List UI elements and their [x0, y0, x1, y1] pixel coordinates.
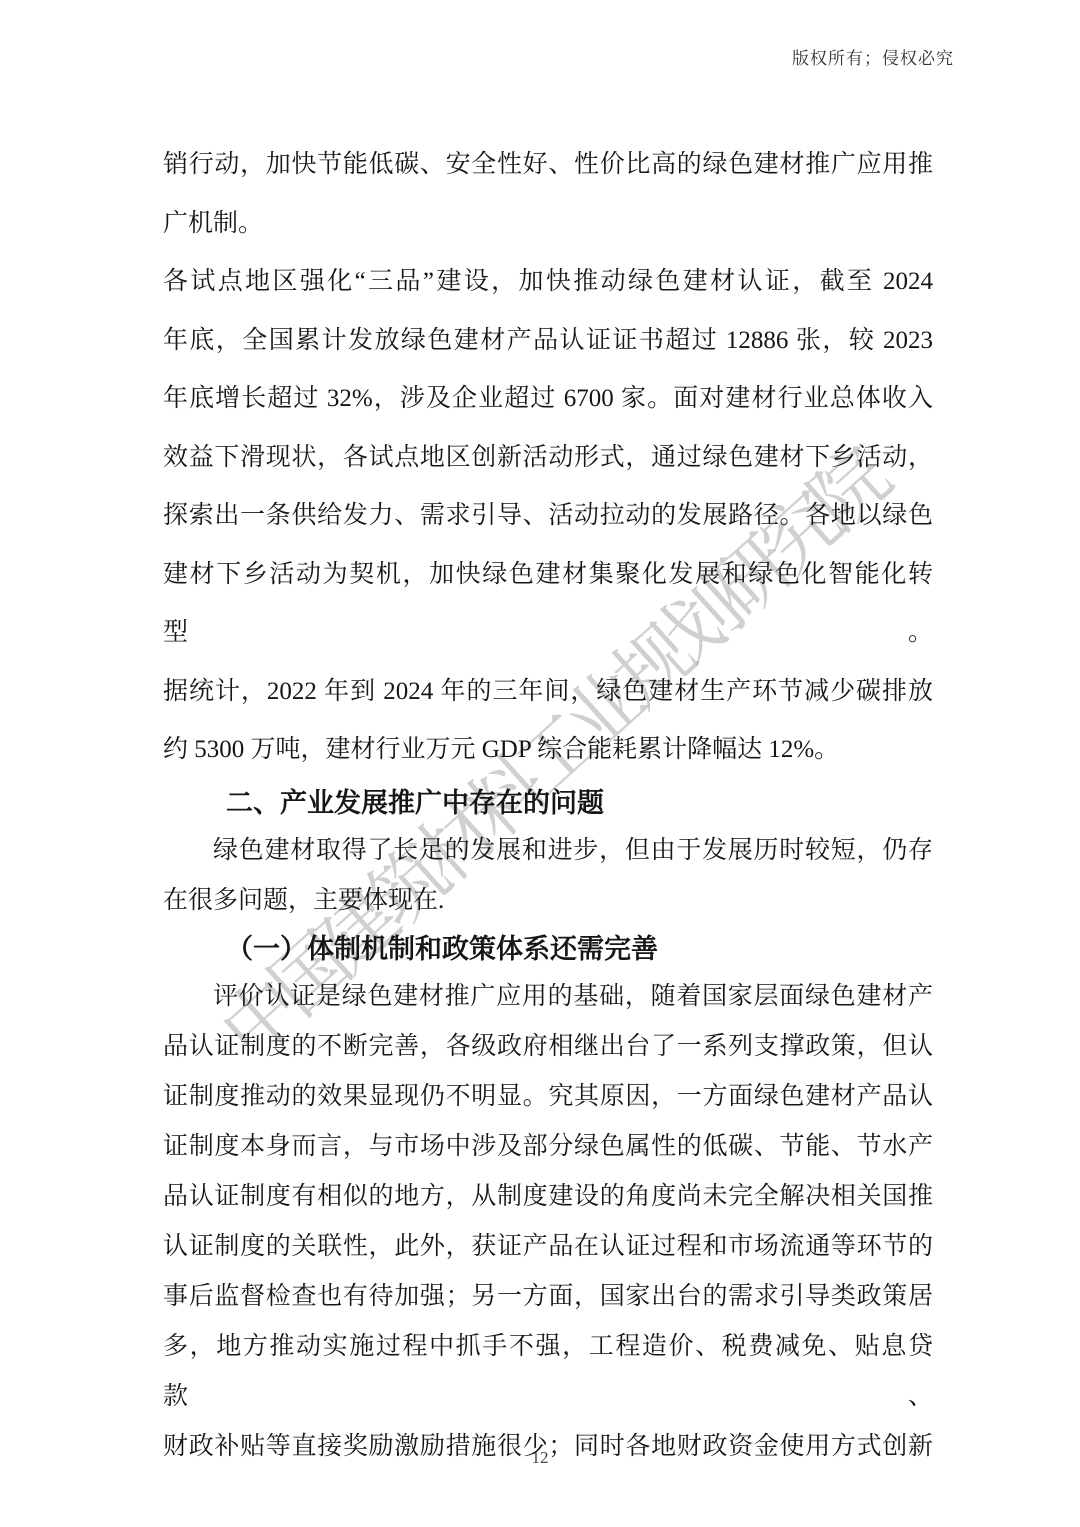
para-continued: 销行动，加快节能低碳、安全性好、性价比高的绿色建材推广应用推广机制。	[163, 136, 933, 253]
text-line: 品认证制度的不断完善，各级政府相继出台了一系列支撑政策，但认	[163, 1022, 933, 1072]
text-line: 销行动，加快节能低碳、安全性好、性价比高的绿色建材推广应用推	[163, 136, 933, 195]
text-line: 认证制度的关联性，此外，获证产品在认证过程和市场流通等环节的	[163, 1222, 933, 1272]
para-problems-intro: 绿色建材取得了长足的发展和进步，但由于发展历时较短，仍存在很多问题，主要体现在.	[163, 826, 933, 926]
heading-text: （一）体制机制和政策体系还需完善	[163, 926, 933, 972]
text-line: 评价认证是绿色建材推广应用的基础，随着国家层面绿色建材产	[163, 972, 933, 1022]
text-line: 多，地方推动实施过程中抓手不强，工程造价、税费减免、贴息贷款、	[163, 1322, 933, 1422]
text-line: 据统计，2022 年到 2024 年的三年间，绿色建材生产环节减少碳排放	[163, 663, 933, 722]
heading-section-2: 二、产业发展推广中存在的问题	[163, 780, 933, 826]
page-number: 12	[0, 1448, 1080, 1468]
para-policy-system-issues: 评价认证是绿色建材推广应用的基础，随着国家层面绿色建材产品认证制度的不断完善，各…	[163, 972, 933, 1472]
text-line: 广机制。	[163, 195, 933, 254]
text-line: 事后监督检查也有待加强；另一方面，国家出台的需求引导类政策居	[163, 1272, 933, 1322]
text-line: 证制度本身而言，与市场中涉及部分绿色属性的低碳、节能、节水产	[163, 1122, 933, 1172]
document-page: 版权所有；侵权必究 中国建筑材料工业规划研究院 销行动，加快节能低碳、安全性好、…	[0, 0, 1080, 1527]
heading-subsection-1: （一）体制机制和政策体系还需完善	[163, 926, 933, 972]
text-line: 年底，全国累计发放绿色建材产品认证证书超过 12886 张，较 2023	[163, 312, 933, 371]
para-certification-progress: 各试点地区强化“三品”建设，加快推动绿色建材认证，截至 2024年底，全国累计发…	[163, 253, 933, 780]
document-body: 销行动，加快节能低碳、安全性好、性价比高的绿色建材推广应用推广机制。各试点地区强…	[163, 136, 933, 1472]
text-line: 各试点地区强化“三品”建设，加快推动绿色建材认证，截至 2024	[163, 253, 933, 312]
text-line: 品认证制度有相似的地方，从制度建设的角度尚未完全解决相关国推	[163, 1172, 933, 1222]
text-line: 在很多问题，主要体现在.	[163, 876, 933, 926]
text-line: 证制度推动的效果显现仍不明显。究其原因，一方面绿色建材产品认	[163, 1072, 933, 1122]
text-line: 建材下乡活动为契机，加快绿色建材集聚化发展和绿色化智能化转型。	[163, 546, 933, 663]
text-line: 效益下滑现状，各试点地区创新活动形式，通过绿色建材下乡活动，	[163, 429, 933, 488]
text-line: 年底增长超过 32%，涉及企业超过 6700 家。面对建材行业总体收入	[163, 370, 933, 429]
copyright-notice: 版权所有；侵权必究	[792, 44, 954, 69]
text-line: 探索出一条供给发力、需求引导、活动拉动的发展路径。各地以绿色	[163, 487, 933, 546]
text-line: 绿色建材取得了长足的发展和进步，但由于发展历时较短，仍存	[163, 826, 933, 876]
text-line: 约 5300 万吨，建材行业万元 GDP 综合能耗累计降幅达 12%。	[163, 721, 933, 780]
heading-text: 二、产业发展推广中存在的问题	[163, 780, 933, 826]
